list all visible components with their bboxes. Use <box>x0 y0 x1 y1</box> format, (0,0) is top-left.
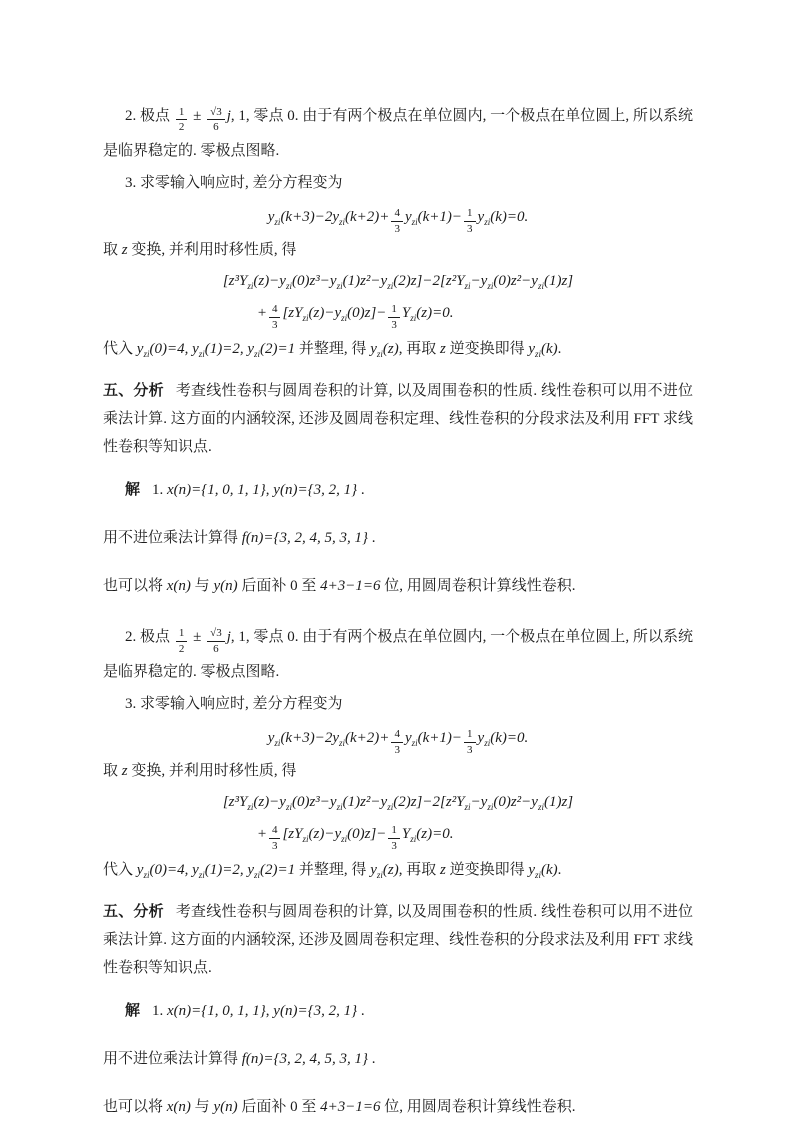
fraction-denominator: 6 <box>207 642 225 656</box>
text-run: 并整理, 得 <box>295 862 370 878</box>
math-run: y(n)={3, 2, 1} <box>273 482 357 498</box>
text-run: 考查线性卷积与圆周卷积的计算, 以及周围卷积的性质. 线性卷积可以用不进位乘法计… <box>103 904 693 976</box>
math-run: f(n)={3, 2, 4, 5, 3, 1} <box>242 1051 368 1067</box>
math-run: Y <box>402 826 410 842</box>
difference-equation: yzi(k+3)−2yzi(k+2)+43yzi(k+1)−13yzi(k)=0… <box>103 720 693 756</box>
math-run: (1)z] <box>544 273 573 289</box>
fraction-denominator: 3 <box>464 222 476 236</box>
math-run: (0)z]− <box>347 305 386 321</box>
text-run: . <box>558 341 562 357</box>
text-run: 3. 求零输入响应时, 差分方程变为 <box>125 696 343 712</box>
math-run: 4+3−1=6 <box>320 1099 380 1115</box>
math-run: (2)=1 <box>260 341 295 357</box>
text-run: 1. <box>152 1003 167 1019</box>
text-run: 3. 求零输入响应时, 差分方程变为 <box>125 175 343 191</box>
math-run: y(n)={3, 2, 1} <box>273 1003 357 1019</box>
math-run: (z)−y <box>253 794 286 810</box>
math-run: (k)=0. <box>490 209 528 225</box>
fraction-one-half: 12 <box>176 627 188 655</box>
math-run: (z)=0. <box>416 826 453 842</box>
fraction-numerator: 1 <box>388 303 400 318</box>
fraction-denominator: 3 <box>269 318 281 332</box>
math-run: [zY <box>282 305 302 321</box>
fraction-one-half: 12 <box>176 106 188 134</box>
difference-equation: yzi(k+3)−2yzi(k+2)+43yzi(k+1)−13yzi(k)=0… <box>103 199 693 235</box>
math-run: (2)=1 <box>260 862 295 878</box>
math-run: (0)z]− <box>347 826 386 842</box>
fraction-numerator: √3 <box>207 627 225 642</box>
fraction-one-third: 13 <box>388 303 400 331</box>
multiplication-result-paragraph: 用不进位乘法计算得 f(n)={3, 2, 4, 5, 3, 1} . <box>103 1046 693 1073</box>
math-run: (k+2)+ <box>345 730 389 746</box>
document-page: 2. 极点 12 ± √36j, 1, 零点 0. 由于有两个极点在单位圆内, … <box>0 0 794 1123</box>
fraction-four-thirds: 43 <box>269 303 281 331</box>
substitution-paragraph: 代入 yzi(0)=4, yzi(1)=2, yzi(2)=1 并整理, 得 y… <box>103 335 693 363</box>
solution-paragraph: 解1. x(n)={1, 0, 1, 1}, y(n)={3, 2, 1} . <box>103 477 693 504</box>
text-run: , 再取 <box>399 862 440 878</box>
math-run: (0)z²−y <box>493 273 538 289</box>
fraction-numerator: 4 <box>391 207 403 222</box>
math-run: y(n) <box>213 578 237 594</box>
analysis-label: 五、分析 <box>103 383 164 399</box>
text-run: 用不进位乘法计算得 <box>103 530 242 546</box>
text-run: 代入 <box>103 341 137 357</box>
text-run: 变换, 并利用时移性质, 得 <box>128 763 297 779</box>
z-transform-intro: 取 z 变换, 并利用时移性质, 得 <box>103 758 693 785</box>
math-run: (z)−y <box>253 273 286 289</box>
text-run: 逆变换即得 <box>446 862 529 878</box>
text-run: . <box>368 530 376 546</box>
math-run: y <box>405 730 412 746</box>
math-run: + <box>257 826 267 842</box>
fraction-numerator: 4 <box>269 824 281 839</box>
math-run: y <box>528 341 535 357</box>
fraction-numerator: 4 <box>391 728 403 743</box>
math-run: [zY <box>282 826 302 842</box>
fraction-denominator: 3 <box>391 222 403 236</box>
math-run: 4+3−1=6 <box>320 578 380 594</box>
fraction-denominator: 2 <box>176 120 188 134</box>
math-run: y <box>405 209 412 225</box>
math-run: (k+1)− <box>418 730 462 746</box>
multiplication-result-paragraph: 用不进位乘法计算得 f(n)={3, 2, 4, 5, 3, 1} . <box>103 525 693 552</box>
fraction-one-third: 13 <box>464 207 476 235</box>
fraction-sqrt3-over-6: √36 <box>207 106 225 134</box>
math-run: (k+2)+ <box>345 209 389 225</box>
math-run: (2)z]−2[z²Y <box>393 273 464 289</box>
text-run: 逆变换即得 <box>446 341 529 357</box>
math-run: y <box>370 341 377 357</box>
content-block: 2. 极点 12 ± √36j, 1, 零点 0. 由于有两个极点在单位圆内, … <box>103 99 693 600</box>
text-run: . <box>368 1051 376 1067</box>
fraction-denominator: 3 <box>269 839 281 853</box>
substitution-paragraph: 代入 yzi(0)=4, yzi(1)=2, yzi(2)=1 并整理, 得 y… <box>103 856 693 884</box>
fraction-denominator: 3 <box>391 743 403 757</box>
plus-minus-sign: ± <box>189 629 205 645</box>
fraction-numerator: 1 <box>176 627 188 642</box>
fraction-four-thirds: 43 <box>391 207 403 235</box>
plus-minus-sign: ± <box>189 108 205 124</box>
text-run: 并整理, 得 <box>295 341 370 357</box>
fraction-sqrt3-over-6: √36 <box>207 627 225 655</box>
math-run: (z)−y <box>309 305 342 321</box>
fraction-numerator: 1 <box>464 728 476 743</box>
fraction-denominator: 3 <box>464 743 476 757</box>
text-run: 1. <box>152 482 167 498</box>
math-run: (k) <box>541 862 558 878</box>
pole-zero-item: 2. 极点 12 ± √36j, 1, 零点 0. 由于有两个极点在单位圆内, … <box>103 620 693 689</box>
fraction-four-thirds: 43 <box>269 824 281 852</box>
math-run: −y <box>471 794 488 810</box>
analysis-paragraph: 五、分析考查线性卷积与圆周卷积的计算, 以及周围卷积的性质. 线性卷积可以用不进… <box>103 898 693 982</box>
math-run: (0)z²−y <box>493 794 538 810</box>
text-run: . <box>357 1003 365 1019</box>
fraction-one-third: 13 <box>464 728 476 756</box>
math-run: x(n)={1, 0, 1, 1} <box>167 1003 266 1019</box>
math-run: y <box>370 862 377 878</box>
math-run: (z)=0. <box>416 305 453 321</box>
math-run: (1)z] <box>544 794 573 810</box>
difference-equation-intro: 3. 求零输入响应时, 差分方程变为 <box>103 691 693 718</box>
math-run: + <box>257 305 267 321</box>
zero-padding-paragraph: 也可以将 x(n) 与 y(n) 后面补 0 至 4+3−1=6 位, 用圆周卷… <box>103 573 693 600</box>
text-run: 用不进位乘法计算得 <box>103 1051 242 1067</box>
fraction-numerator: 1 <box>464 207 476 222</box>
fraction-four-thirds: 43 <box>391 728 403 756</box>
solution-label: 解 <box>125 482 140 498</box>
math-run: y <box>332 730 339 746</box>
math-run: [z³Y <box>223 273 248 289</box>
equation-line-2: +43[zYzi(z)−yzi(0)z]−13Yzi(z)=0. <box>223 819 573 852</box>
fraction-one-third: 13 <box>388 824 400 852</box>
solution-paragraph: 解1. x(n)={1, 0, 1, 1}, y(n)={3, 2, 1} . <box>103 998 693 1025</box>
text-run: 2. 极点 <box>125 108 174 124</box>
math-run: y <box>528 862 535 878</box>
math-run: y(n) <box>213 1099 237 1115</box>
text-run: 后面补 0 至 <box>238 1099 321 1115</box>
math-run: x(n) <box>167 578 191 594</box>
fraction-numerator: √3 <box>207 106 225 121</box>
math-run: y <box>332 209 339 225</box>
math-run: (k) <box>541 341 558 357</box>
math-run: (1)z²−y <box>343 794 388 810</box>
text-run: 代入 <box>103 862 137 878</box>
text-run: 取 <box>103 763 122 779</box>
math-run: (k+3)−2 <box>280 730 332 746</box>
math-run: (z)−y <box>309 826 342 842</box>
equation-line-1: [z³Yzi(z)−yzi(0)z³−yzi(1)z²−yzi(2)z]−2[z… <box>223 787 573 817</box>
content-block: 2. 极点 12 ± √36j, 1, 零点 0. 由于有两个极点在单位圆内, … <box>103 620 693 1121</box>
equation-line-1: [z³Yzi(z)−yzi(0)z³−yzi(1)z²−yzi(2)z]−2[z… <box>223 266 573 296</box>
fraction-numerator: 4 <box>269 303 281 318</box>
math-run: (0)z³−y <box>292 794 337 810</box>
math-run: (0)=4, y <box>149 862 198 878</box>
text-run: 位, 用圆周卷积计算线性卷积. <box>380 1099 575 1115</box>
text-run: 与 <box>191 578 214 594</box>
equation-line-2: +43[zYzi(z)−yzi(0)z]−13Yzi(z)=0. <box>223 298 573 331</box>
math-run: (0)z³−y <box>292 273 337 289</box>
text-run: 也可以将 <box>103 1099 167 1115</box>
fraction-denominator: 3 <box>388 839 400 853</box>
math-run: x(n) <box>167 1099 191 1115</box>
analysis-paragraph: 五、分析考查线性卷积与圆周卷积的计算, 以及周围卷积的性质. 线性卷积可以用不进… <box>103 377 693 461</box>
solution-label: 解 <box>125 1003 140 1019</box>
text-run: 与 <box>191 1099 214 1115</box>
math-run: (z) <box>383 862 399 878</box>
z-transform-equation: [z³Yzi(z)−yzi(0)z³−yzi(1)z²−yzi(2)z]−2[z… <box>223 266 573 331</box>
text-run: 也可以将 <box>103 578 167 594</box>
math-run: (1)=2, y <box>205 862 254 878</box>
z-transform-equation: [z³Yzi(z)−yzi(0)z³−yzi(1)z²−yzi(2)z]−2[z… <box>223 787 573 852</box>
text-run: 变换, 并利用时移性质, 得 <box>128 242 297 258</box>
math-run: (z) <box>383 341 399 357</box>
math-run: (k)=0. <box>490 730 528 746</box>
difference-equation-intro: 3. 求零输入响应时, 差分方程变为 <box>103 170 693 197</box>
math-run: (0)=4, y <box>149 341 198 357</box>
math-run: (2)z]−2[z²Y <box>393 794 464 810</box>
z-transform-intro: 取 z 变换, 并利用时移性质, 得 <box>103 237 693 264</box>
fraction-numerator: 1 <box>176 106 188 121</box>
math-run: f(n)={3, 2, 4, 5, 3, 1} <box>242 530 368 546</box>
math-run: Y <box>402 305 410 321</box>
math-run: x(n)={1, 0, 1, 1} <box>167 482 266 498</box>
text-run: . <box>558 862 562 878</box>
math-run: −y <box>471 273 488 289</box>
math-run: (1)=2, y <box>205 341 254 357</box>
math-run: (k+1)− <box>418 209 462 225</box>
text-run: 考查线性卷积与圆周卷积的计算, 以及周围卷积的性质. 线性卷积可以用不进位乘法计… <box>103 383 693 455</box>
fraction-numerator: 1 <box>388 824 400 839</box>
text-run: , 再取 <box>399 341 440 357</box>
analysis-label: 五、分析 <box>103 904 164 920</box>
math-run: (1)z²−y <box>343 273 388 289</box>
fraction-denominator: 2 <box>176 642 188 656</box>
fraction-denominator: 6 <box>207 120 225 134</box>
text-run: 取 <box>103 242 122 258</box>
zero-padding-paragraph: 也可以将 x(n) 与 y(n) 后面补 0 至 4+3−1=6 位, 用圆周卷… <box>103 1094 693 1121</box>
math-run: (k+3)−2 <box>280 209 332 225</box>
pole-zero-item: 2. 极点 12 ± √36j, 1, 零点 0. 由于有两个极点在单位圆内, … <box>103 99 693 168</box>
fraction-denominator: 3 <box>388 318 400 332</box>
text-run: 后面补 0 至 <box>238 578 321 594</box>
text-run: 2. 极点 <box>125 629 174 645</box>
text-run: . <box>357 482 365 498</box>
text-run: 位, 用圆周卷积计算线性卷积. <box>380 578 575 594</box>
math-run: [z³Y <box>223 794 248 810</box>
